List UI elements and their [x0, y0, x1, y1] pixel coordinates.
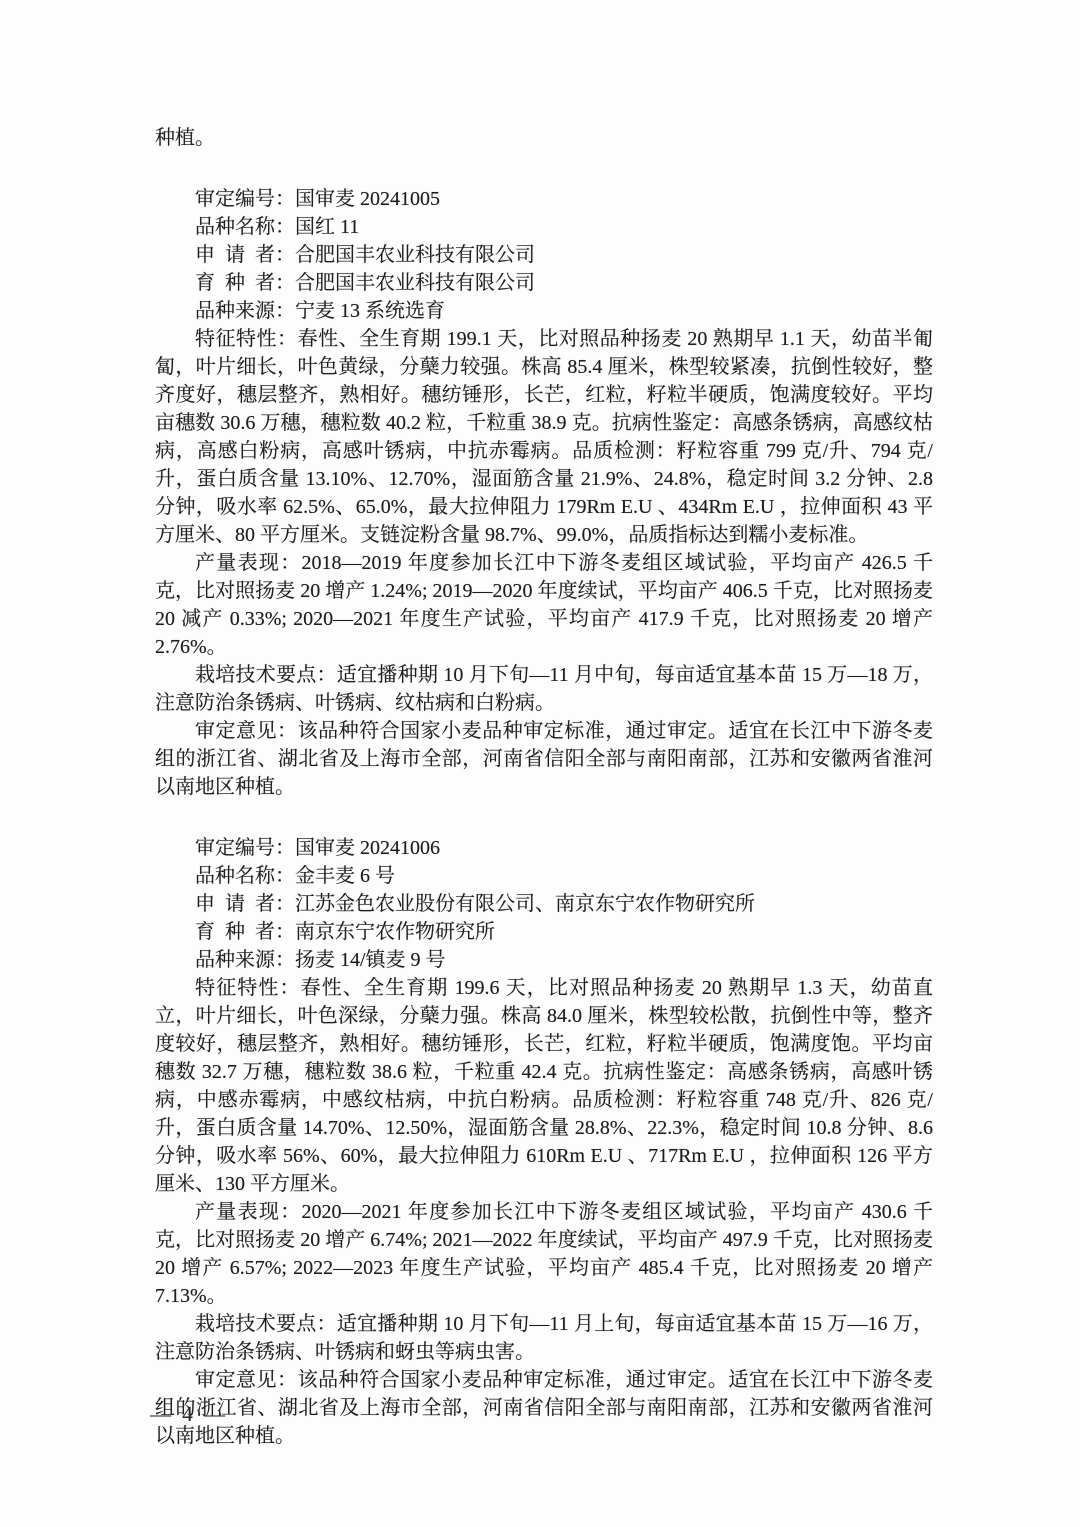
field-value: 扬麦 14/镇麦 9 号 [295, 949, 446, 971]
field-separator: ： [275, 949, 295, 971]
document-page: 种植。 审定编号：国审麦 20241005品种名称：国红 11申请者：合肥国丰农… [0, 0, 1080, 1527]
field-label: 申请者 [195, 241, 275, 269]
field-separator: ： [275, 272, 295, 294]
continuation-line: 种植。 [155, 124, 933, 152]
entry-paragraph: 产量表现：2020—2021 年度参加长江中下游冬麦组区域试验，平均亩产 430… [155, 1198, 933, 1310]
document-body: 种植。 审定编号：国审麦 20241005品种名称：国红 11申请者：合肥国丰农… [155, 124, 933, 1450]
entry-paragraph: 栽培技术要点：适宜播种期 10 月下旬—11 月上旬，每亩适宜基本苗 15 万—… [155, 1310, 933, 1366]
field-value: 国审麦 20241006 [295, 837, 440, 859]
field-value: 江苏金色农业股份有限公司、南京东宁农作物研究所 [295, 893, 755, 915]
field-value: 金丰麦 6 号 [295, 865, 395, 887]
field-row: 品种名称：金丰麦 6 号 [155, 862, 933, 890]
field-row: 品种来源：扬麦 14/镇麦 9 号 [155, 946, 933, 974]
page-number: — 4 — [150, 1402, 228, 1427]
field-label: 审定编号 [195, 185, 275, 213]
field-label: 品种来源 [195, 946, 275, 974]
field-row: 申请者：合肥国丰农业科技有限公司 [155, 241, 933, 269]
entry-paragraph: 栽培技术要点：适宜播种期 10 月下旬—11 月中旬，每亩适宜基本苗 15 万—… [155, 661, 933, 717]
field-row: 品种来源：宁麦 13 系统选育 [155, 297, 933, 325]
variety-entry: 审定编号：国审麦 20241005品种名称：国红 11申请者：合肥国丰农业科技有… [155, 185, 933, 801]
field-label: 育种者 [195, 269, 275, 297]
field-label: 申请者 [195, 890, 275, 918]
field-separator: ： [275, 921, 295, 943]
field-value: 国红 11 [295, 216, 359, 238]
field-separator: ： [275, 837, 295, 859]
field-separator: ： [275, 893, 295, 915]
field-label: 育种者 [195, 918, 275, 946]
variety-entry: 审定编号：国审麦 20241006品种名称：金丰麦 6 号申请者：江苏金色农业股… [155, 834, 933, 1450]
entry-paragraph: 特征特性：春性、全生育期 199.6 天，比对照品种扬麦 20 熟期早 1.3 … [155, 974, 933, 1198]
entry-paragraph: 审定意见：该品种符合国家小麦品种审定标准，通过审定。适宜在长江中下游冬麦组的浙江… [155, 717, 933, 801]
field-row: 育种者：合肥国丰农业科技有限公司 [155, 269, 933, 297]
field-value: 合肥国丰农业科技有限公司 [295, 244, 535, 266]
entry-paragraph: 特征特性：春性、全生育期 199.1 天，比对照品种扬麦 20 熟期早 1.1 … [155, 325, 933, 549]
field-row: 育种者：南京东宁农作物研究所 [155, 918, 933, 946]
field-separator: ： [275, 244, 295, 266]
field-label: 品种来源 [195, 297, 275, 325]
field-value: 南京东宁农作物研究所 [295, 921, 495, 943]
field-row: 品种名称：国红 11 [155, 213, 933, 241]
variety-entries: 审定编号：国审麦 20241005品种名称：国红 11申请者：合肥国丰农业科技有… [155, 185, 933, 1450]
field-separator: ： [275, 216, 295, 238]
field-row: 审定编号：国审麦 20241006 [155, 834, 933, 862]
field-label: 品种名称 [195, 213, 275, 241]
field-label: 审定编号 [195, 834, 275, 862]
field-value: 合肥国丰农业科技有限公司 [295, 272, 535, 294]
field-separator: ： [275, 300, 295, 322]
field-row: 审定编号：国审麦 20241005 [155, 185, 933, 213]
field-value: 国审麦 20241005 [295, 188, 440, 210]
field-separator: ： [275, 865, 295, 887]
entry-paragraph: 审定意见：该品种符合国家小麦品种审定标准，通过审定。适宜在长江中下游冬麦组的浙江… [155, 1366, 933, 1450]
field-label: 品种名称 [195, 862, 275, 890]
entry-paragraph: 产量表现：2018—2019 年度参加长江中下游冬麦组区域试验，平均亩产 426… [155, 549, 933, 661]
field-value: 宁麦 13 系统选育 [295, 300, 445, 322]
field-separator: ： [275, 188, 295, 210]
field-row: 申请者：江苏金色农业股份有限公司、南京东宁农作物研究所 [155, 890, 933, 918]
